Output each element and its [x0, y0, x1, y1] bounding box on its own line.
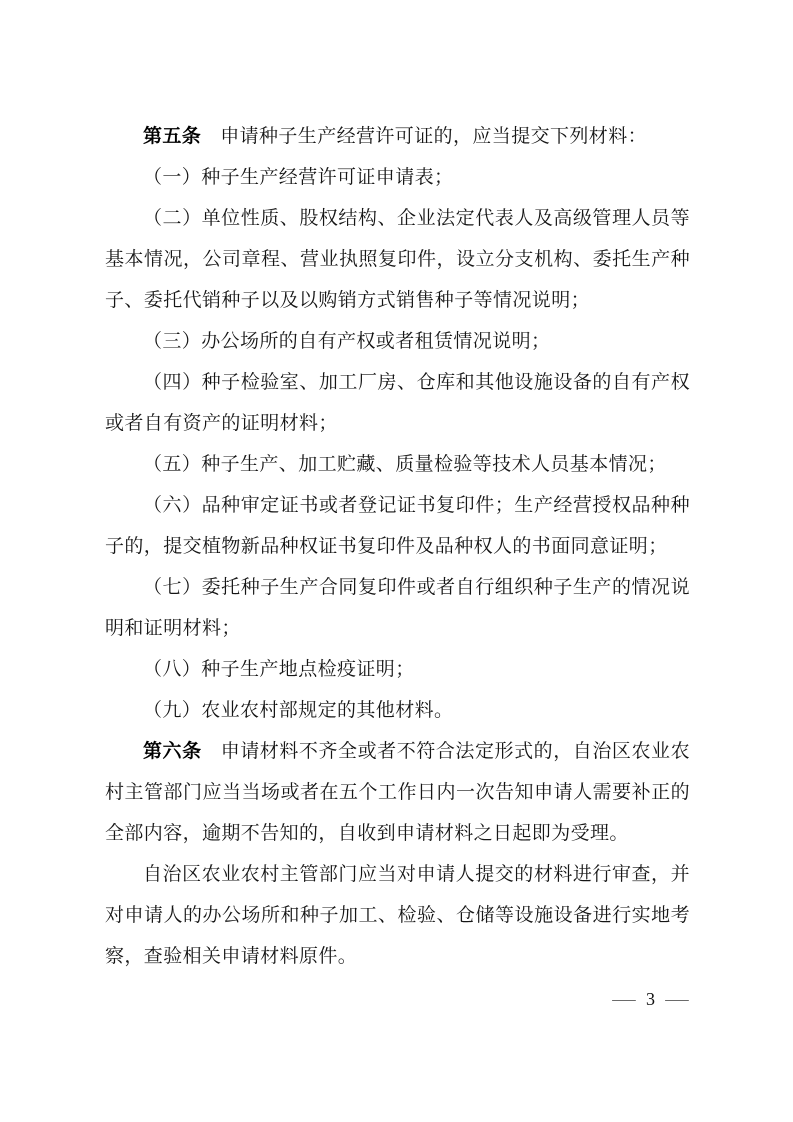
- paragraph: （七）委托种子生产合同复印件或者自行组织种子生产的情况说明和证明材料；: [105, 567, 690, 649]
- article-number-label: 第六条: [143, 741, 202, 762]
- article-paragraph: 第五条申请种子生产经营许可证的，应当提交下列材料：: [105, 116, 690, 157]
- paragraph: （四）种子检验室、加工厂房、仓库和其他设施设备的自有产权或者自有资产的证明材料；: [105, 362, 690, 444]
- paragraph: （三）办公场所的自有产权或者租赁情况说明；: [105, 321, 690, 362]
- paragraph: （一）种子生产经营许可证申请表；: [105, 157, 690, 198]
- page-footer: — 3 —: [615, 988, 686, 1010]
- paragraph-text: 自治区农业农村主管部门应当对申请人提交的材料进行审查，并对申请人的办公场所和种子…: [105, 864, 690, 967]
- paragraph-text: （五）种子生产、加工贮藏、质量检验等技术人员基本情况；: [143, 454, 667, 475]
- paragraph-text: 申请种子生产经营许可证的，应当提交下列材料：: [220, 126, 647, 147]
- paragraph-text: （三）办公场所的自有产权或者租赁情况说明；: [143, 331, 550, 352]
- document-page: 第五条申请种子生产经营许可证的，应当提交下列材料：（一）种子生产经营许可证申请表…: [0, 0, 793, 1122]
- paragraph: （二）单位性质、股权结构、企业法定代表人及高级管理人员等基本情况，公司章程、营业…: [105, 198, 690, 321]
- paragraph-text: （九）农业农村部规定的其他材料。: [143, 700, 453, 721]
- paragraph-text: （四）种子检验室、加工厂房、仓库和其他设施设备的自有产权或者自有资产的证明材料；: [105, 372, 690, 434]
- paragraph: （九）农业农村部规定的其他材料。: [105, 690, 690, 731]
- article-paragraph: 第六条申请材料不齐全或者不符合法定形式的，自治区农业农村主管部门应当当场或者在五…: [105, 731, 690, 854]
- paragraph-text: （八）种子生产地点检疫证明；: [143, 659, 415, 680]
- document-body: 第五条申请种子生产经营许可证的，应当提交下列材料：（一）种子生产经营许可证申请表…: [105, 116, 690, 977]
- footer-dash-left: —: [612, 988, 635, 1010]
- paragraph: （五）种子生产、加工贮藏、质量检验等技术人员基本情况；: [105, 444, 690, 485]
- paragraph-text: （二）单位性质、股权结构、企业法定代表人及高级管理人员等基本情况，公司章程、营业…: [105, 208, 690, 311]
- footer-dash-right: —: [665, 988, 688, 1010]
- paragraph: 自治区农业农村主管部门应当对申请人提交的材料进行审查，并对申请人的办公场所和种子…: [105, 854, 690, 977]
- paragraph-text: （一）种子生产经营许可证申请表；: [143, 167, 453, 188]
- paragraph-text: （六）品种审定证书或者登记证书复印件；生产经营授权品种种子的，提交植物新品种权证…: [105, 495, 690, 557]
- paragraph: （六）品种审定证书或者登记证书复印件；生产经营授权品种种子的，提交植物新品种权证…: [105, 485, 690, 567]
- paragraph-text: （七）委托种子生产合同复印件或者自行组织种子生产的情况说明和证明材料；: [105, 577, 690, 639]
- paragraph: （八）种子生产地点检疫证明；: [105, 649, 690, 690]
- article-number-label: 第五条: [143, 126, 201, 147]
- page-number: 3: [646, 988, 655, 1010]
